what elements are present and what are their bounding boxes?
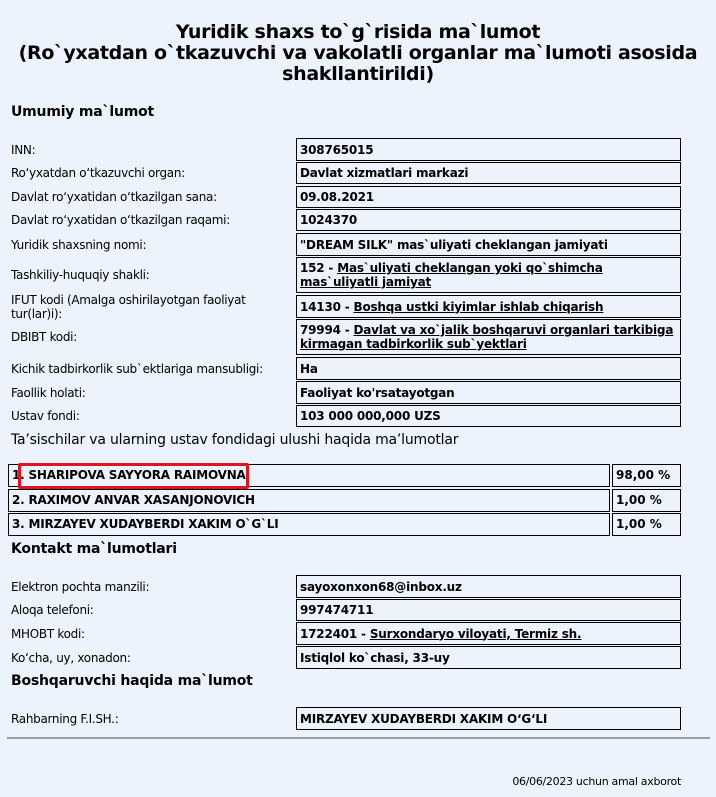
label-legal-entity-name: Yuridik shaxsning nomi: [11,233,296,256]
legal-form-link[interactable]: Mas`uliyati cheklangan yoki qo`shimcha m… [300,261,603,289]
founder-share: 1,00 % [612,489,681,512]
value-charter-capital: 103 000 000,000 UZS [296,405,681,427]
label-legal-form: Tashkiliy-huquqiy shakli: [11,257,296,293]
ifut-code: 14130 [300,300,341,314]
title-line-2: (Ro`yxatdan o`tkazuvchi va vakolatli org… [0,43,716,64]
value-registration-date: 09.08.2021 [296,186,681,208]
section-contact-heading: Kontakt ma`lumotlari [11,540,177,558]
value-address: Istiqlol ko`chasi, 33-uy [296,646,681,669]
value-dbibt-code: 79994 - Davlat va xo`jalik boshqaruvi or… [296,319,681,355]
label-mhobt-code: MHOBT kodi: [11,622,296,645]
ifut-link[interactable]: Boshqa ustki kiyimlar ishlab chiqarish [354,300,604,314]
label-activity-status: Faollik holati: [11,381,296,404]
label-registering-organ: Ro‘yxatdan o‘tkazuvchi organ: [11,162,296,184]
label-manager-name: Rahbarning F.I.SH.: [11,707,296,730]
value-activity-status: Faoliyat ko'rsatayotgan [296,381,681,404]
value-phone: 997474711 [296,599,681,621]
value-registration-number: 1024370 [296,209,681,231]
value-ifut-code: 14130 - Boshqa ustki kiyimlar ishlab chi… [296,295,681,318]
label-phone: Aloqa telefoni: [11,599,296,621]
title-line-3: shakllantirildi) [0,64,716,85]
legal-form-code: 152 [300,261,324,275]
label-registration-date: Davlat ro‘yxatidan o‘tkazilgan sana: [11,186,296,208]
founder-name: 2. RAXIMOV ANVAR XASANJONOVICH [8,489,610,512]
value-manager-name: MIRZAYEV XUDAYBERDI XAKIM O‘G‘LI [296,707,681,730]
label-email: Elektron pochta manzili: [11,575,296,598]
highlight-box [18,463,249,489]
dbibt-link[interactable]: Davlat va xo`jalik boshqaruvi organlari … [300,323,673,351]
section-general-heading: Umumiy ma`lumot [11,103,154,121]
founder-share: 1,00 % [612,513,681,536]
section-manager-heading: Boshqaruvchi haqida ma`lumot [11,672,253,690]
divider [7,737,710,739]
founder-share: 98,00 % [612,464,681,487]
dbibt-code: 79994 [300,323,341,337]
mhobt-link[interactable]: Surxondaryo viloyati, Termiz sh. [370,627,582,641]
value-small-business: Ha [296,357,681,380]
value-legal-form: 152 - Mas`uliyati cheklangan yoki qo`shi… [296,257,681,293]
section-founders-heading: Ta’sischilar va ularning ustav fondidagi… [11,431,458,449]
founder-name: 3. MIRZAYEV XUDAYBERDI XAKIM O`G`LI [8,513,610,536]
label-ifut-code: IFUT kodi (Amalga oshirilayotgan faoliya… [11,295,296,318]
label-small-business: Kichik tadbirkorlik sub`ektlariga mansub… [11,357,296,380]
value-registering-organ: Davlat xizmatlari markazi [296,162,681,184]
value-mhobt-code: 1722401 - Surxondaryo viloyati, Termiz s… [296,622,681,645]
value-inn: 308765015 [296,138,681,161]
value-email: sayoxonxon68@inbox.uz [296,575,681,598]
label-inn: INN: [11,138,296,161]
label-registration-number: Davlat ro‘yxatidan o‘tkazilgan raqami: [11,209,296,231]
title-line-1: Yuridik shaxs to`g`risida ma`lumot [0,22,716,43]
mhobt-code: 1722401 [300,627,357,641]
label-dbibt-code: DBIBT kodi: [11,319,296,355]
value-legal-entity-name: "DREAM SILK" mas`uliyati cheklangan jami… [296,233,681,256]
page-title: Yuridik shaxs to`g`risida ma`lumot (Ro`y… [0,22,716,85]
label-charter-capital: Ustav fondi: [11,405,296,427]
footer-date-note: 06/06/2023 uchun amal axborot [512,775,681,788]
label-address: Ko‘cha, uy, xonadon: [11,646,296,669]
